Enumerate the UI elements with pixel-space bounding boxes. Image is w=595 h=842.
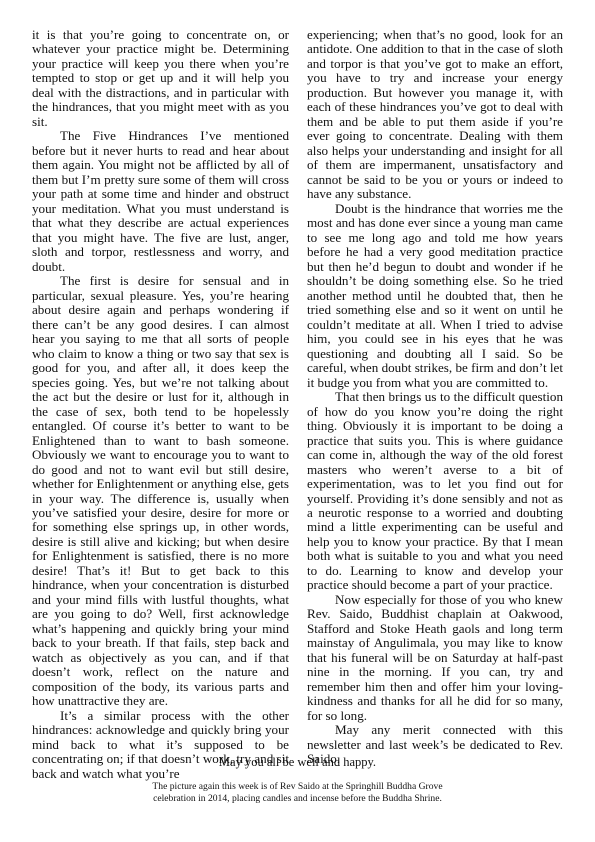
- left-column: it is that you’re going to concentrate o…: [32, 28, 289, 781]
- paragraph: The first is desire for sensual and in p…: [32, 274, 289, 709]
- right-column: experiencing; when that’s no good, look …: [307, 28, 563, 767]
- paragraph: Doubt is the hindrance that worries me t…: [307, 202, 563, 390]
- paragraph: experiencing; when that’s no good, look …: [307, 28, 563, 202]
- closing-blessing: May you all be well and happy.: [0, 755, 595, 770]
- caption-line: The picture again this week is of Rev Sa…: [0, 781, 595, 793]
- paragraph: The Five Hindrances I’ve mentioned befor…: [32, 129, 289, 274]
- paragraph: That then brings us to the difficult que…: [307, 390, 563, 593]
- picture-caption: The picture again this week is of Rev Sa…: [0, 781, 595, 804]
- paragraph: It’s a similar process with the other hi…: [32, 709, 289, 781]
- paragraph: it is that you’re going to concentrate o…: [32, 28, 289, 129]
- caption-line: celebration in 2014, placing candles and…: [0, 793, 595, 805]
- paragraph: Now especially for those of you who knew…: [307, 593, 563, 723]
